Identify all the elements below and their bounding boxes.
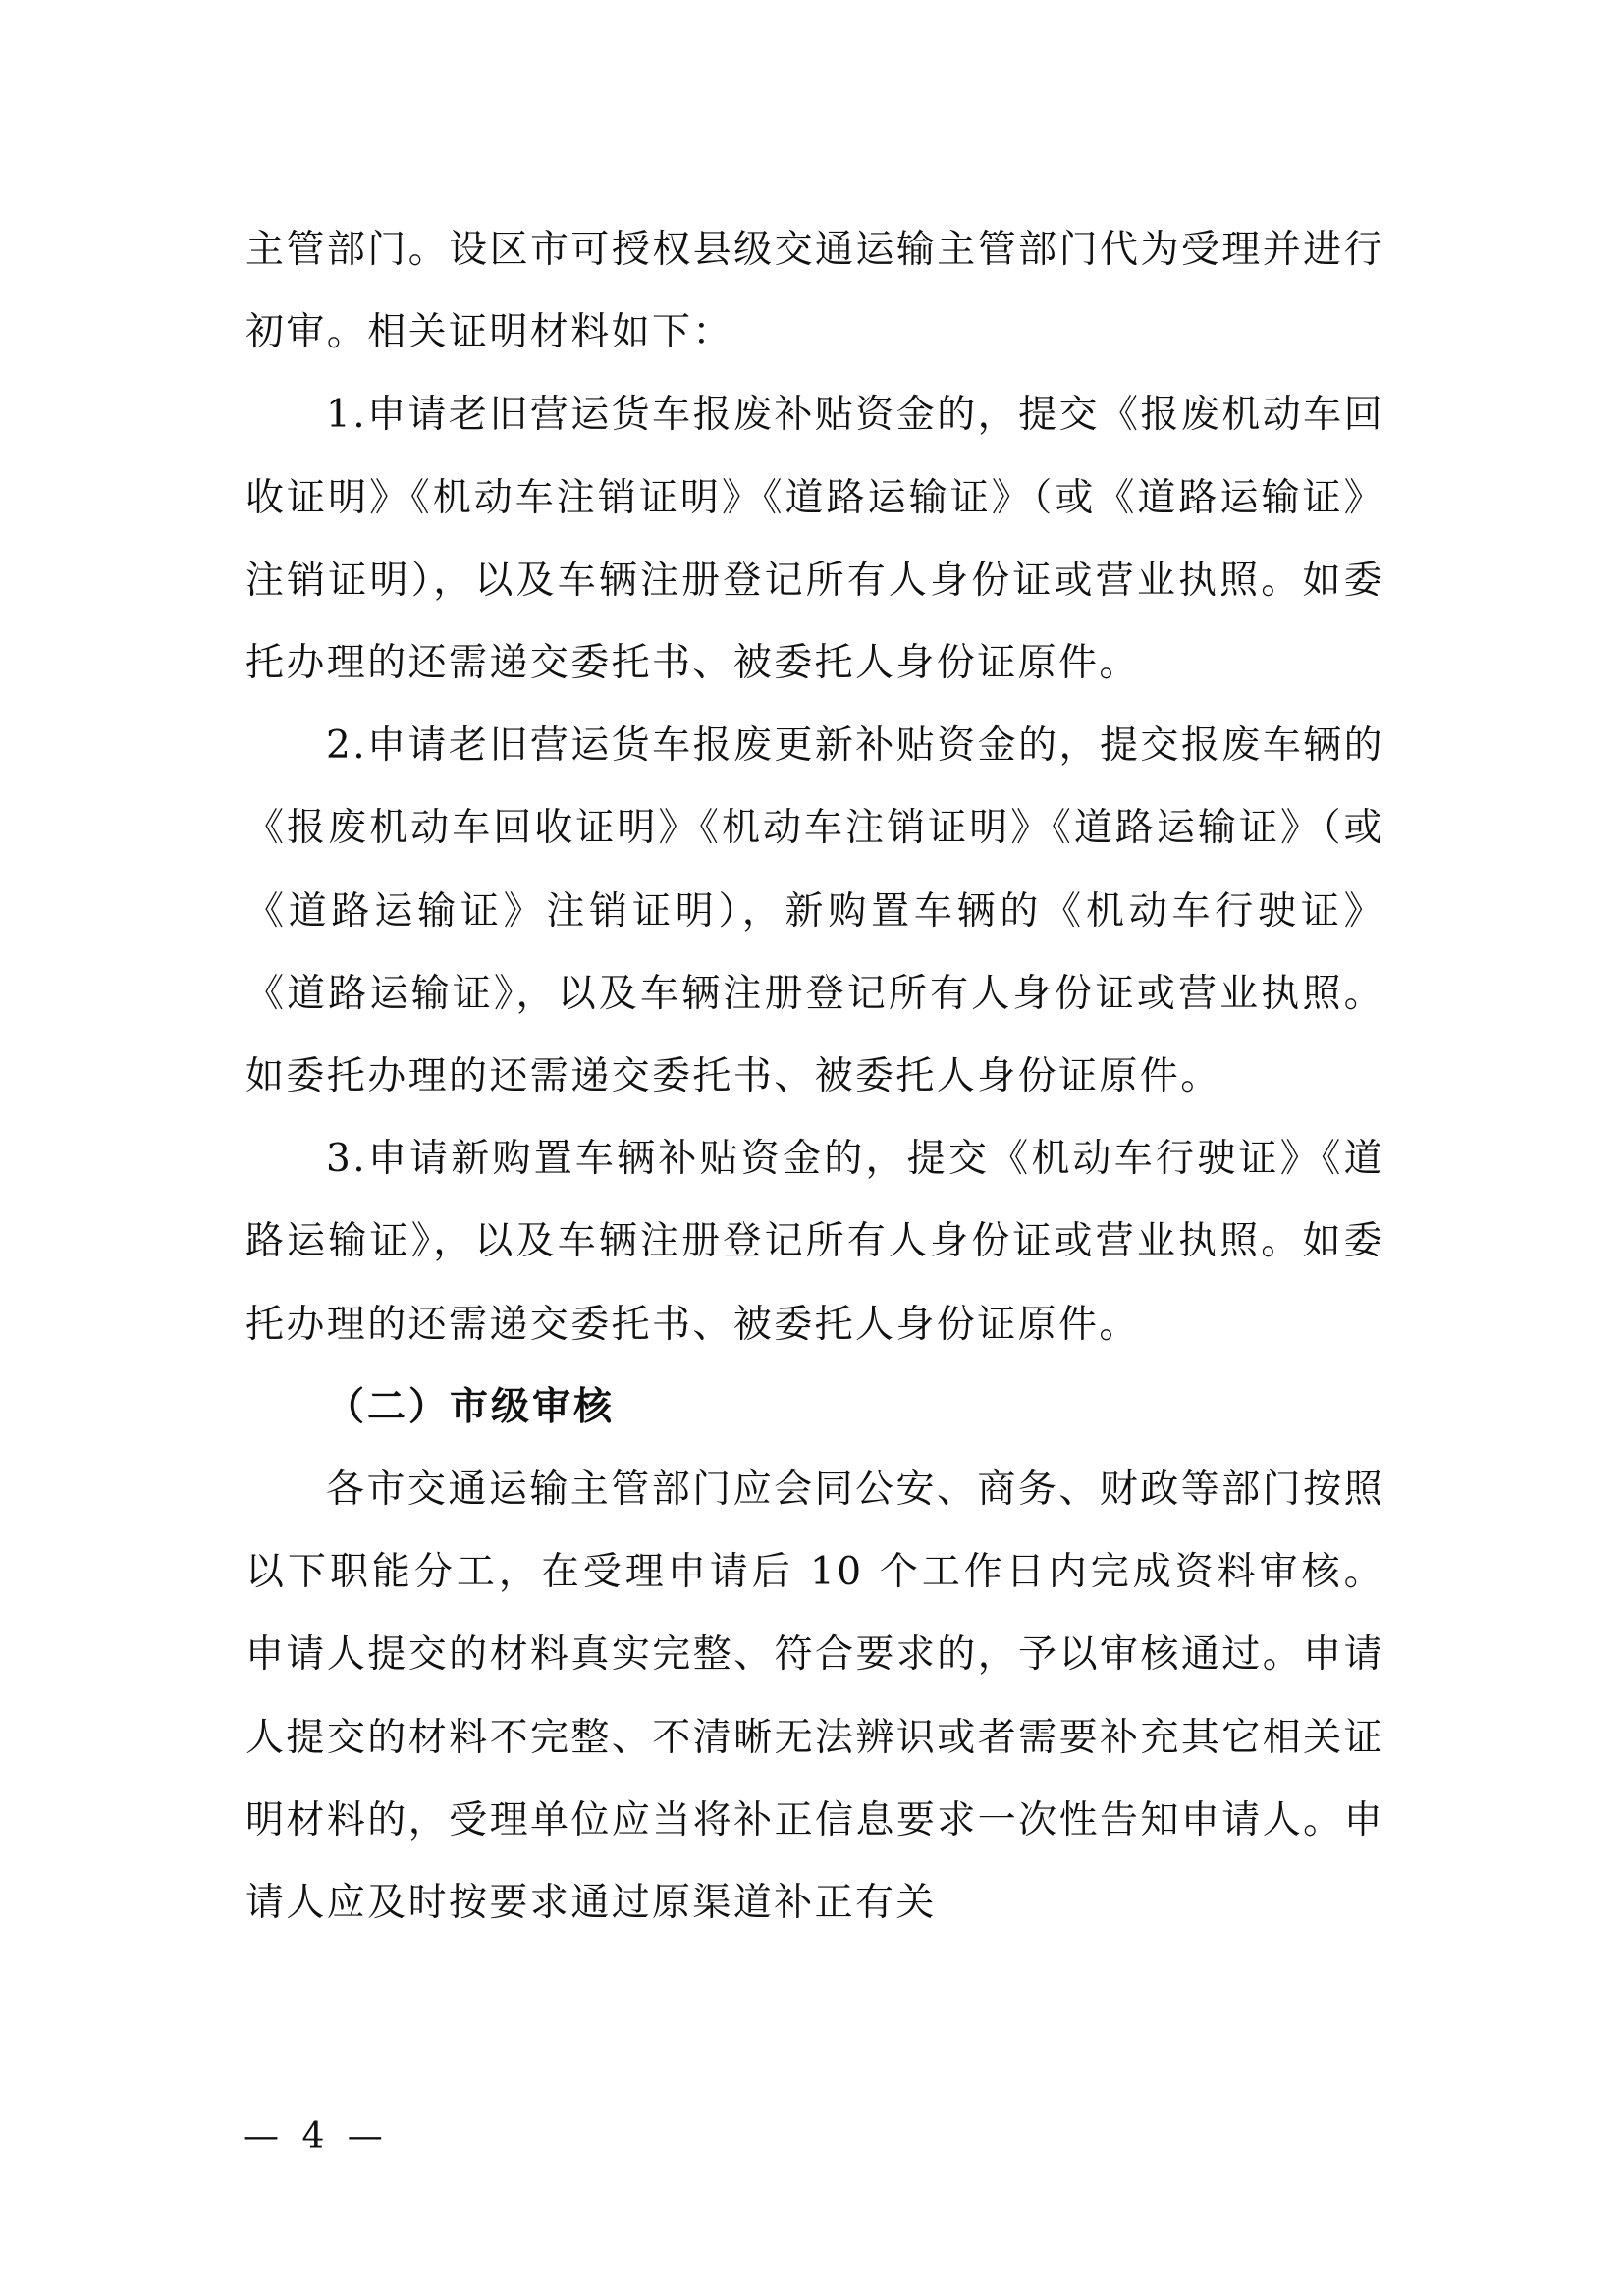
paragraph-item-1: 1.申请老旧营运货车报废补贴资金的，提交《报废机动车回收证明》《机动车注销证明》… [245, 374, 1384, 705]
section-heading-city-review: （二）市级审核 [245, 1366, 1384, 1449]
paragraph-item-2: 2.申请老旧营运货车报废更新补贴资金的，提交报废车辆的《报废机动车回收证明》《机… [245, 705, 1384, 1118]
paragraph-intro-continuation: 主管部门。设区市可授权县级交通运输主管部门代为受理并进行初审。相关证明材料如下： [245, 209, 1384, 374]
paragraph-item-3: 3.申请新购置车辆补贴资金的，提交《机动车行驶证》《道路运输证》，以及车辆注册登… [245, 1118, 1384, 1366]
page-number: — 4 — [244, 2112, 389, 2162]
paragraph-city-review: 各市交通运输主管部门应会同公安、商务、财政等部门按照以下职能分工，在受理申请后 … [245, 1449, 1384, 1945]
document-page: 主管部门。设区市可授权县级交通运输主管部门代为受理并进行初审。相关证明材料如下：… [0, 0, 1624, 2296]
document-body: 主管部门。设区市可授权县级交通运输主管部门代为受理并进行初审。相关证明材料如下：… [245, 209, 1384, 1945]
